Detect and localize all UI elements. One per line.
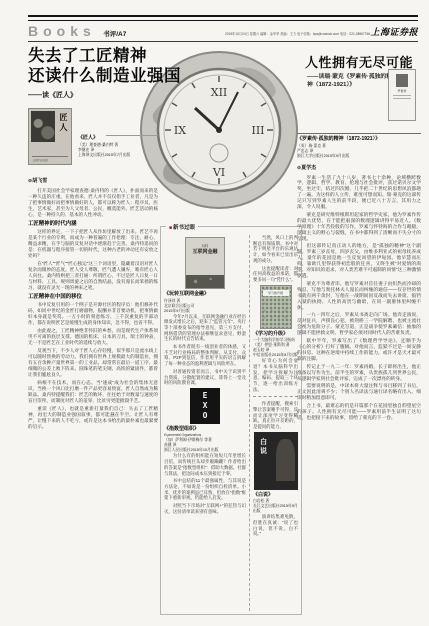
- cover-title-text: 互联网金融: [186, 248, 224, 255]
- caption-line: 长江文艺出版社2015年9月出版: [253, 504, 298, 514]
- left-body: 打开美国社会学家理查德·桑内特的《匠人》，扑面而来的是一种久违的庄重。在他看来，…: [28, 188, 158, 430]
- cover-portrait-silhouette: [276, 439, 295, 481]
- cover-art-band: [186, 275, 224, 288]
- left-body-section-2: 书中反复引用的一个例子是开源社区的程序员：他们修补代码，如同中世纪的金匠打磨器物…: [28, 302, 158, 430]
- caption-learning: 《学习的升级》 一个大脑科学的学习指南 （美）伊恩·莱斯利 著 赵玉皎 译 中信…: [253, 332, 298, 359]
- cover-title-text: EXO: [201, 391, 210, 421]
- left-article: 匠人 上海译文出版社 《匠人》 （美）理查德·桑内特 著 李继宏 译 上海译文出…: [28, 108, 158, 620]
- caption-title: 《白说》: [253, 493, 298, 498]
- cover-title-text: 学习的升级: [263, 290, 289, 296]
- cover-portrait-photo: [396, 74, 408, 87]
- features-box-title: ■新书过眼: [166, 223, 198, 231]
- right-book-caption: 《罗素传·孤独的精神（1872-1921）》 （英）瑞·蒙克 著 严忠志 译 浙…: [297, 137, 421, 159]
- right-subtitle: ——读瑞·蒙克《罗素传·孤独的精神（1872-1921）》: [307, 74, 393, 89]
- section-label: 书评/A7: [103, 31, 126, 38]
- left-headline-line2: 还读什么制造业强国: [28, 67, 181, 85]
- caption-title: 《罗素传·孤独的精神（1872-1921）》: [297, 137, 421, 142]
- left-book-block: 匠人 上海译文出版社 《匠人》 （美）理查德·桑内特 著 李继宏 译 上海译文出…: [28, 108, 158, 165]
- review-exponential-text: 为什么有的组织能在短短几年里增长百倍，而传统巨头却步履蹒跚？作者给出的答案是“指…: [164, 453, 246, 514]
- cover-rule: [393, 98, 411, 99]
- caption-title: 《指数型组织》: [164, 427, 246, 432]
- caption-title: 《玩转互联网金融》: [164, 292, 246, 297]
- features-title-text: 新书过眼: [173, 225, 195, 231]
- caption-line: 上海译文出版社2015年7月出版: [78, 153, 130, 158]
- left-headline-line1: 失去了工匠精神: [28, 47, 147, 65]
- cover-title-text: 罗素传: [389, 89, 415, 93]
- caption-baishuo: 《白说》 白岩松 著 长江文艺出版社2015年9月出版: [253, 493, 298, 515]
- top-double-rule: [28, 15, 418, 21]
- review-baishuo-text: 演讲结集难免散，但胜在真诚：“说了也白说，但不说，白不说。”: [253, 514, 298, 537]
- left-headline: 失去了工匠精神 还读什么制造业强国: [28, 46, 200, 86]
- edition-info: 2015年10月24日 星期六 编辑：金苹苹 美编：王力 电子信箱：bps@cn…: [225, 31, 370, 36]
- left-book-caption: 《匠人》 （美）理查德·桑内特 著 李继宏 译 上海译文出版社2015年7月出版: [78, 136, 130, 165]
- cover-title-text: 白说: [258, 438, 268, 456]
- dashed-separator: [253, 396, 298, 397]
- clock-numeral-ix: IX: [174, 124, 186, 137]
- cover-photo-fragment: [31, 111, 55, 142]
- book-cover-baishuo: 白说: [254, 432, 298, 490]
- section-marker-icon: ■: [169, 225, 172, 231]
- left-subhead-2: 工匠精神在中国的移位: [28, 294, 158, 300]
- review-internet-finance-text: 今年7月以来，互联网金融行业在经历爆发式增长之后，迎来了“监管元年”。央行等十部…: [164, 314, 246, 386]
- left-subtitle: ——读《匠人》: [28, 90, 200, 100]
- book-cover-learning: 学习的升级: [260, 285, 292, 329]
- left-article-header: 失去了工匠精神 还读什么制造业强国 ——读《匠人》: [28, 46, 200, 100]
- caption-title: 《学习的升级》: [253, 332, 298, 337]
- book-cover-jiangren: 匠人 上海译文出版社: [28, 108, 72, 165]
- review-learning-text-2: 作者提醒，搜索引擎让答案唾手可得，反而让深度学习变得稀缺。真正拉开差距的，是提问…: [253, 401, 298, 430]
- clock-numeral-iii: III: [251, 124, 264, 137]
- left-byline: ⊙胡飞雪: [28, 177, 158, 184]
- right-byline: ⊙夏学杰: [297, 164, 421, 171]
- features-column-b: 当然，风口上的判断总有保质期。书中对若干明星平台的乐观估计，如今看来已显出乐观的…: [250, 235, 298, 611]
- page-header: Books 书评/A7 2015年10月24日 星期六 编辑：金苹苹 美编：王力…: [28, 23, 418, 41]
- features-box: ■新书过眼 玩转 互联网金融 《玩转互联网金融》 许泽玮 著 北京联合出版公司 …: [160, 226, 302, 615]
- cover-rule: [393, 95, 411, 96]
- review-internet-finance-cont: 当然，风口上的判断总有保质期。书中对若干明星平台的乐观估计，如今看来已显出乐观的…: [253, 235, 298, 283]
- book-cover-exponential-organizations: EXO: [190, 388, 220, 424]
- right-caption-rule: [297, 133, 421, 134]
- right-body: 罗素一生活了九十八岁，著书七十余种，论域横跨数学、逻辑、哲学、教育、伦理与社会批…: [297, 175, 421, 421]
- book-cover-internet-finance: 玩转 互联网金融: [185, 237, 225, 289]
- right-article: 人性拥有无尽可能 ——读瑞·蒙克《罗素传·孤独的精神（1872-1921）》 罗…: [297, 55, 421, 620]
- features-column-a: 玩转 互联网金融 《玩转互联网金融》 许泽玮 著 北京联合出版公司 2015年9…: [164, 235, 250, 611]
- cover-publisher-text: 上海译文出版社: [32, 156, 68, 162]
- newspaper-page: Books 书评/A7 2015年10月24日 星期六 编辑：金苹苹 美编：王力…: [0, 0, 429, 626]
- left-subhead-1: 工匠精神的时代内涵: [28, 221, 158, 227]
- left-body-intro: 打开美国社会学家理查德·桑内特的《匠人》，扑面而来的是一种久违的庄重。在他看来，…: [28, 188, 158, 218]
- caption-line: 浙江大学出版社2015年9月出版: [297, 154, 421, 159]
- book-cover-russell: 罗素传: [388, 69, 416, 121]
- right-headline: 人性拥有无尽可能: [305, 55, 421, 70]
- cover-title-text: 匠人: [58, 113, 69, 133]
- caption-exponential-organizations: 《指数型组织》 Exponential Organizations （加）萨利姆…: [164, 427, 246, 454]
- books-logo: Books: [28, 23, 96, 39]
- caption-internet-finance: 《玩转互联网金融》 许泽玮 著 北京联合出版公司 2015年9月出版: [164, 292, 246, 314]
- clock-numeral-vi: VI: [212, 166, 225, 179]
- clock-numeral-xii: XII: [211, 86, 228, 99]
- left-caption-rule: [106, 135, 158, 136]
- left-body-section-1: 这样的界定，一下子把匠人从作坊里解放了出来。匠艺不再是某个行业的专利，而成为一种…: [28, 229, 158, 291]
- masthead-title: 上海证券报: [370, 25, 418, 38]
- header-rule: [28, 41, 418, 42]
- caption-title: 《匠人》: [78, 136, 130, 141]
- review-learning-text: 好奇心为何会衰退？本书从脑科学出发，把学习拆解为注意、编码、提取三个环节，逐一给…: [253, 358, 298, 392]
